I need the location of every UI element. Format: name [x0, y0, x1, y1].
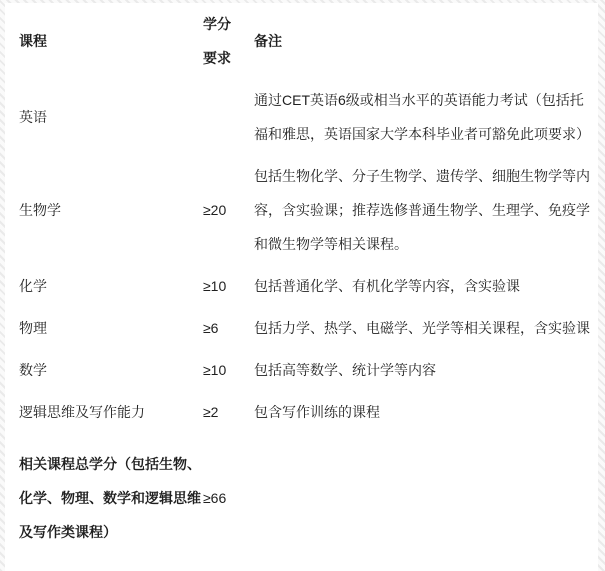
table-row-biology: 生物学 ≥20 包括生物化学、分子生物学、遗传学、细胞生物学等内容，含实验课；推… [5, 155, 598, 265]
table-row-logic-writing: 逻辑思维及写作能力 ≥2 包含写作训练的课程 [5, 391, 598, 433]
course-name: 生物学 [5, 155, 203, 265]
course-name: 逻辑思维及写作能力 [5, 391, 203, 433]
column-header-course: 课程 [5, 3, 203, 79]
credits-value: ≥2 [203, 391, 254, 433]
table-row-total-credits: 相关课程总学分（包括生物、化学、物理、数学和逻辑思维及写作类课程） ≥66 [5, 433, 598, 553]
credits-value [203, 79, 254, 155]
table-row-chemistry: 化学 ≥10 包括普通化学、有机化学等内容，含实验课 [5, 265, 598, 307]
remarks-text: 包括普通化学、有机化学等内容，含实验课 [254, 265, 598, 307]
credits-value: ≥10 [203, 349, 254, 391]
column-header-remarks: 备注 [254, 3, 598, 79]
table-row-english: 英语 通过CET英语6级或相当水平的英语能力考试（包括托福和雅思，英语国家大学本… [5, 79, 598, 155]
course-name: 数学 [5, 349, 203, 391]
course-name: 物理 [5, 307, 203, 349]
remarks-text: 包括生物化学、分子生物学、遗传学、细胞生物学等内容，含实验课；推荐选修普通生物学… [254, 155, 598, 265]
table-row-physics: 物理 ≥6 包括力学、热学、电磁学、光学等相关课程，含实验课 [5, 307, 598, 349]
remarks-text: 通过CET英语6级或相当水平的英语能力考试（包括托福和雅思，英语国家大学本科毕业… [254, 79, 598, 155]
header-row: 课程 学分要求 备注 [5, 3, 598, 79]
credits-value: ≥20 [203, 155, 254, 265]
course-name: 相关课程总学分（包括生物、化学、物理、数学和逻辑思维及写作类课程） [5, 433, 203, 553]
course-name: 化学 [5, 265, 203, 307]
page-background: 课程 学分要求 备注 英语 通过CET英语6级或相当水平的英语能力考试（包括托福… [0, 0, 605, 571]
remarks-text: 包括高等数学、统计学等内容 [254, 349, 598, 391]
credits-value: ≥66 [203, 433, 254, 553]
column-header-credits: 学分要求 [203, 3, 254, 79]
course-requirements-table: 课程 学分要求 备注 英语 通过CET英语6级或相当水平的英语能力考试（包括托福… [5, 3, 598, 553]
remarks-text: 包括力学、热学、电磁学、光学等相关课程，含实验课 [254, 307, 598, 349]
credits-value: ≥10 [203, 265, 254, 307]
table-row-math: 数学 ≥10 包括高等数学、统计学等内容 [5, 349, 598, 391]
remarks-text [254, 433, 598, 553]
credits-value: ≥6 [203, 307, 254, 349]
course-name: 英语 [5, 79, 203, 155]
table-container: 课程 学分要求 备注 英语 通过CET英语6级或相当水平的英语能力考试（包括托福… [5, 3, 598, 571]
remarks-text: 包含写作训练的课程 [254, 391, 598, 433]
